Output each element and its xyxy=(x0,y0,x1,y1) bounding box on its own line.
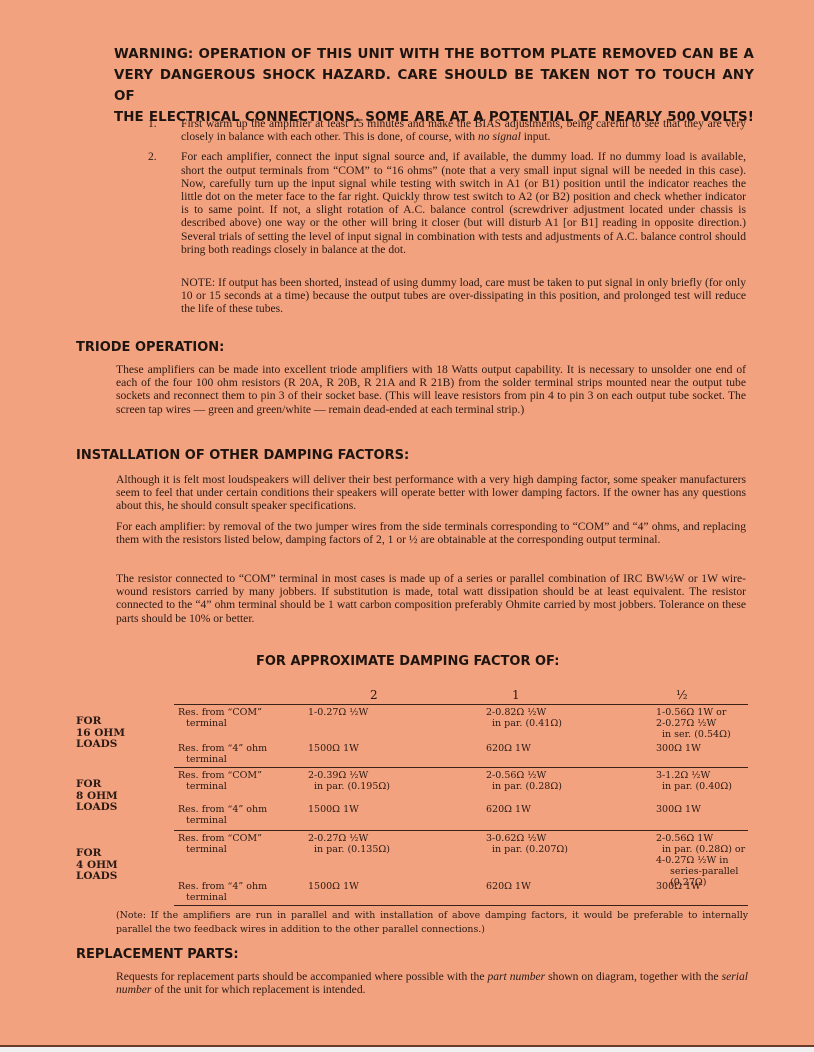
warning-line: WARNING: OPERATION OF THIS UNIT WITH THE… xyxy=(114,44,754,65)
table-cell: 1500Ω 1W xyxy=(298,804,476,830)
damping-paragraph: The resistor connected to “COM” terminal… xyxy=(116,572,746,625)
table-cell: 620Ω 1W xyxy=(476,743,652,767)
warning-line: VERY DANGEROUS SHOCK HAZARD. CARE SHOULD… xyxy=(114,65,754,107)
load-group-label: FOR16 OHMLOADS xyxy=(76,716,166,751)
procedure-step: 1. First warm up the amplifier at least … xyxy=(148,117,746,143)
row-label: Res. from “4” ohmterminal xyxy=(174,804,298,830)
table-row: Res. from “COM”terminal1-0.27Ω ½W2-0.82Ω… xyxy=(174,705,748,741)
column-header: 1 xyxy=(512,688,520,702)
table-cell: 620Ω 1W xyxy=(476,881,652,905)
table-row: Res. from “COM”terminal2-0.27Ω ½Win par.… xyxy=(174,831,748,879)
table-row: Res. from “4” ohmterminal1500Ω 1W620Ω 1W… xyxy=(174,802,748,830)
table-cell: 3-1.2Ω ½Win par. (0.40Ω) xyxy=(652,770,748,802)
text-part: shown on diagram, together with the xyxy=(545,970,721,983)
step-text-part: input. xyxy=(521,130,551,143)
load-label-line: FOR xyxy=(76,779,166,791)
text-part: Requests for replacement parts should be… xyxy=(116,970,487,983)
table-cell: 300Ω 1W xyxy=(652,743,748,767)
table-note: (Note: If the amplifiers are run in para… xyxy=(116,909,748,936)
column-header: 2 xyxy=(370,688,378,702)
table-group: FOR8 OHMLOADSRes. from “COM”terminal2-0.… xyxy=(174,767,748,830)
load-label-line: FOR xyxy=(76,848,166,860)
table-row: Res. from “4” ohmterminal1500Ω 1W620Ω 1W… xyxy=(174,879,748,905)
table-cell: 620Ω 1W xyxy=(476,804,652,830)
damping-paragraph: For each amplifier: by removal of the tw… xyxy=(116,520,746,546)
warning-block: WARNING: OPERATION OF THIS UNIT WITH THE… xyxy=(114,44,754,128)
table-row: Res. from “COM”terminal2-0.39Ω ½Win par.… xyxy=(174,768,748,802)
table-cell: 2-0.39Ω ½Win par. (0.195Ω) xyxy=(298,770,476,802)
section-heading-damping: INSTALLATION OF OTHER DAMPING FACTORS: xyxy=(76,448,409,463)
step-text: First warm up the amplifier at least 15 … xyxy=(181,117,746,143)
table-cell: 2-0.82Ω ½Win par. (0.41Ω) xyxy=(476,707,652,741)
column-header: ½ xyxy=(676,688,688,702)
step-number: 1. xyxy=(148,117,181,143)
load-group-label: FOR4 OHMLOADS xyxy=(76,848,166,883)
step-text-part: First warm up the amplifier at least 15 … xyxy=(181,117,746,143)
section-heading-replacement: REPLACEMENT PARTS: xyxy=(76,947,239,962)
row-label: Res. from “COM”terminal xyxy=(174,770,298,802)
row-label: Res. from “4” ohmterminal xyxy=(174,743,298,767)
table-cell: 1500Ω 1W xyxy=(298,881,476,905)
emphasis-part-number: part number xyxy=(487,970,545,983)
table-cell: 300Ω 1W xyxy=(652,804,748,830)
table-cell: 1500Ω 1W xyxy=(298,743,476,767)
step-emphasis: no signal xyxy=(478,130,521,143)
procedure-step: 2. For each amplifier, connect the input… xyxy=(148,150,746,256)
load-label-line: LOADS xyxy=(76,871,166,883)
row-label: Res. from “4” ohmterminal xyxy=(174,881,298,905)
text-part: of the unit for which replacement is int… xyxy=(151,983,365,996)
manual-page: WARNING: OPERATION OF THIS UNIT WITH THE… xyxy=(0,0,814,1047)
table-cell: 2-0.56Ω ½Win par. (0.28Ω) xyxy=(476,770,652,802)
table-row: Res. from “4” ohmterminal1500Ω 1W620Ω 1W… xyxy=(174,741,748,767)
table-cell: 3-0.62Ω ½Win par. (0.207Ω) xyxy=(476,833,652,879)
table-group: FOR16 OHMLOADSRes. from “COM”terminal1-0… xyxy=(174,704,748,767)
table-title: FOR APPROXIMATE DAMPING FACTOR OF: xyxy=(256,654,559,669)
table-cell: 300Ω 1W xyxy=(652,881,748,905)
damping-paragraph: Although it is felt most loudspeakers wi… xyxy=(116,473,746,513)
load-label-line: FOR xyxy=(76,716,166,728)
shorted-output-note: NOTE: If output has been shorted, instea… xyxy=(181,276,746,316)
replacement-paragraph: Requests for replacement parts should be… xyxy=(116,970,748,996)
load-label-line: LOADS xyxy=(76,802,166,814)
row-label: Res. from “COM”terminal xyxy=(174,707,298,741)
step-number: 2. xyxy=(148,150,181,256)
procedure-steps: 1. First warm up the amplifier at least … xyxy=(148,117,746,263)
table-cell: 2-0.27Ω ½Win par. (0.135Ω) xyxy=(298,833,476,879)
load-group-label: FOR8 OHMLOADS xyxy=(76,779,166,814)
table-cell: 1-0.27Ω ½W xyxy=(298,707,476,741)
section-heading-triode: TRIODE OPERATION: xyxy=(76,340,224,355)
table-cell: 2-0.56Ω 1Win par. (0.28Ω) or4-0.27Ω ½W i… xyxy=(652,833,748,879)
table-cell: 1-0.56Ω 1W or2-0.27Ω ½Win ser. (0.54Ω) xyxy=(652,707,748,741)
table-group: FOR4 OHMLOADSRes. from “COM”terminal2-0.… xyxy=(174,830,748,906)
damping-table: FOR16 OHMLOADSRes. from “COM”terminal1-0… xyxy=(76,704,748,906)
step-text: For each amplifier, connect the input si… xyxy=(181,150,746,256)
triode-paragraph: These amplifiers can be made into excell… xyxy=(116,363,746,416)
load-label-line: LOADS xyxy=(76,739,166,751)
row-label: Res. from “COM”terminal xyxy=(174,833,298,879)
